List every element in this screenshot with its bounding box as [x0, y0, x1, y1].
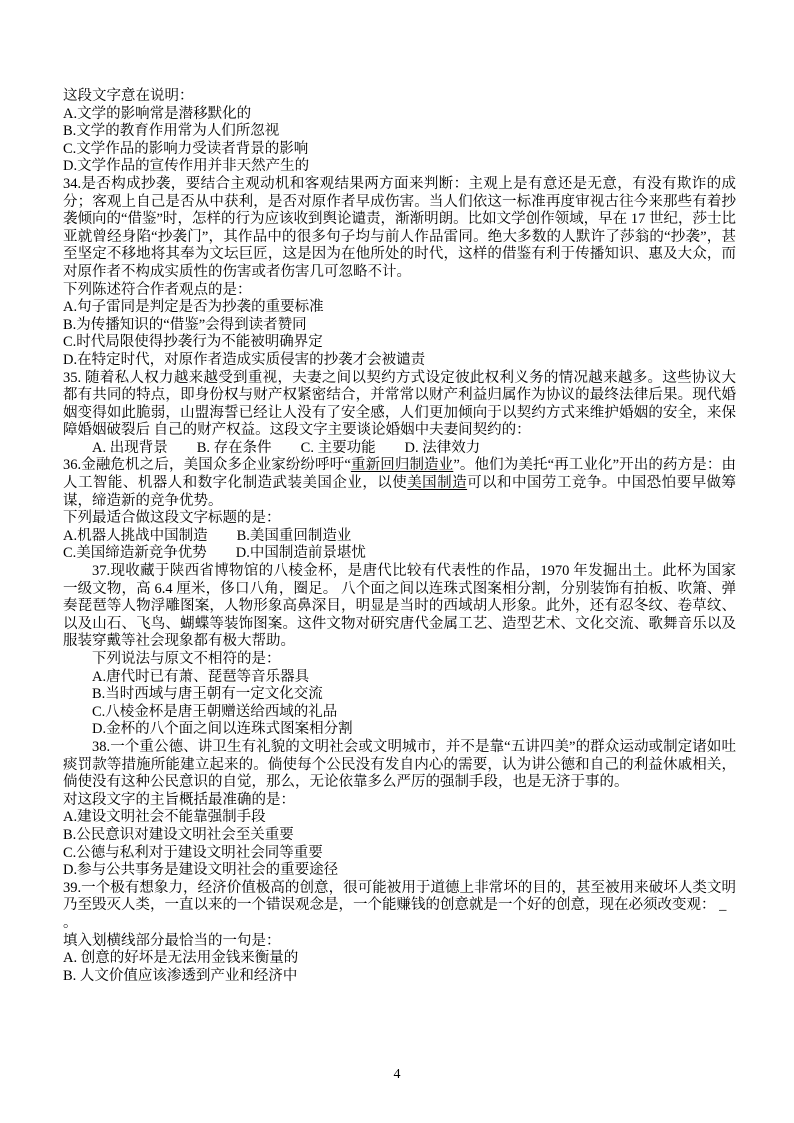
q33-question-line: 这段文字意在说明：	[63, 88, 736, 106]
q34-question-line: 下列陈述符合作者观点的是：	[63, 282, 736, 300]
q38-question-line: 对这段文字的主旨概括最准确的是：	[63, 792, 736, 810]
document-page: 这段文字意在说明：A.文学的影响常是潜移默化的B.文学的教育作用常为人们所忽视C…	[0, 0, 794, 1123]
page-number: 4	[0, 1067, 794, 1083]
q39-stem: 39.一个极有想象力，经济价值极高的创意，很可能被用于道德上非常坏的目的，甚至被…	[63, 880, 736, 915]
q36-options-row-ab: A.机器人挑战中国制造 B.美国重回制造业	[63, 528, 736, 546]
q35-stem: 35. 随着私人权力越来越受到重视，夫妻之间以契约方式设定彼此权利义务的情况越来…	[63, 370, 736, 440]
q36-question-line: 下列最适合做这段文字标题的是：	[63, 510, 736, 528]
q37-question-line: 下列说法与原文不相符的是：	[63, 651, 736, 669]
q34-option-d: D.在特定时代，对原作者造成实质侵害的抄袭才会被谴责	[63, 352, 736, 370]
q36-stem: 36.金融危机之后，美国众多企业家纷纷呼吁“重新回归制造业”。他们为美托“再工业…	[63, 457, 736, 510]
q39-option-b: B. 人文价值应该渗透到产业和经济中	[63, 968, 736, 986]
q38-stem: 38.一个重公德、讲卫生有礼貌的文明社会或文明城市，并不是靠“五讲四美”的群众运…	[63, 739, 736, 792]
q34-option-a: A.句子雷同是判定是否为抄袭的重要标准	[63, 299, 736, 317]
q39-stem-trailing-period: 。	[63, 915, 736, 933]
q34-option-b: B.为传播知识的“借鉴”会得到读者赞同	[63, 317, 736, 335]
q38-option-d: D.参与公共事务是建设文明社会的重要途径	[63, 862, 736, 880]
q36-options-row-cd: C.美国缔造新竞争优势 D.中国制造前景堪忧	[63, 545, 736, 563]
document-body: 这段文字意在说明：A.文学的影响常是潜移默化的B.文学的教育作用常为人们所忽视C…	[63, 88, 736, 985]
q38-option-b: B.公民意识对建设文明社会至关重要	[63, 827, 736, 845]
q33-option-a: A.文学的影响常是潜移默化的	[63, 106, 736, 124]
q38-option-c: C.公德与私利对于建设文明社会同等重要	[63, 845, 736, 863]
q33-option-d: D.文学作品的宣传作用并非天然产生的	[63, 158, 736, 176]
q39-option-a: A. 创意的好坏是无法用金钱来衡量的	[63, 950, 736, 968]
q37-option-a: A.唐代时已有萧、琵琶等音乐器具	[63, 669, 736, 687]
q37-option-b: B.当时西域与唐王朝有一定文化交流	[63, 686, 736, 704]
q39-question-line: 填入划横线部分最恰当的一句是：	[63, 933, 736, 951]
q34-option-c: C.时代局限使得抄袭行为不能被明确界定	[63, 334, 736, 352]
q33-option-b: B.文学的教育作用常为人们所忽视	[63, 123, 736, 141]
q38-option-a: A.建设文明社会不能靠强制手段	[63, 809, 736, 827]
q35-options-row: A. 出现背景 B. 存在条件 C. 主要功能 D. 法律效力	[63, 440, 736, 458]
q37-option-c: C.八棱金杯是唐王朝赠送给西域的礼品	[63, 704, 736, 722]
q37-stem: 37.现收藏于陕西省博物馆的八棱金杯，是唐代比较有代表性的作品，1970 年发掘…	[63, 563, 736, 651]
q37-option-d: D.金杯的八个面之间以连珠式图案相分割	[63, 721, 736, 739]
q33-option-c: C.文学作品的影响力受读者背景的影响	[63, 141, 736, 159]
q34-stem: 34.是否构成抄袭，要结合主观动机和客观结果两方面来判断：主观上是有意还是无意，…	[63, 176, 736, 282]
